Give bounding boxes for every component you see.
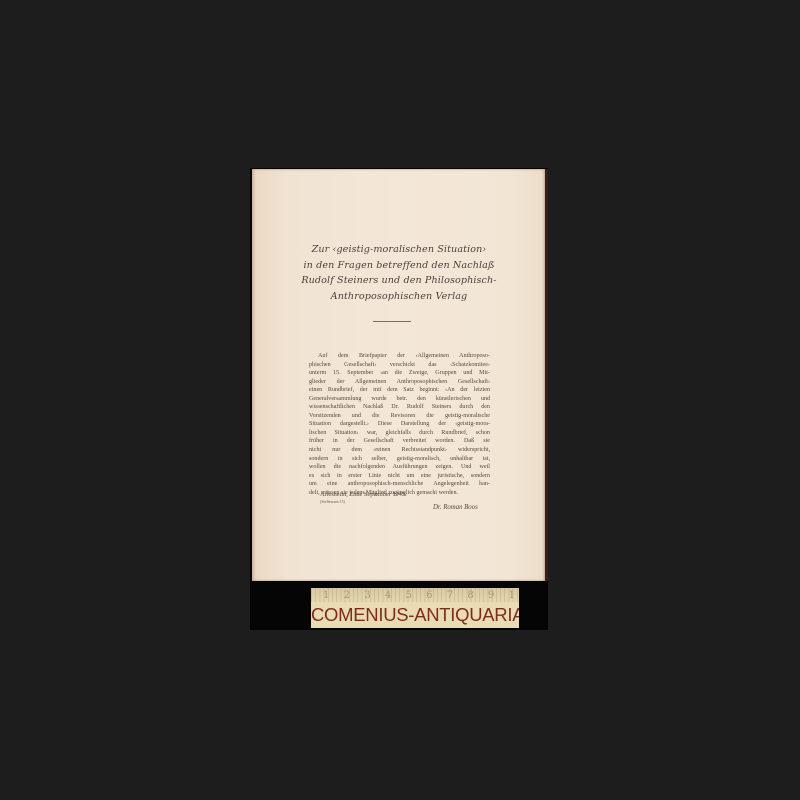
ruler-number: 8 xyxy=(467,589,473,602)
page-edge-shadow xyxy=(545,169,548,581)
body-paragraph: Auf dem Briefpapier der ‹Allgemeinen Ant… xyxy=(309,352,490,497)
ruler-number: 4 xyxy=(385,589,391,602)
ruler-number: 1 xyxy=(323,589,329,602)
body-line: es sich in erster Linie nicht um eine ju… xyxy=(309,472,490,481)
photo-stage: Zur ‹geistig-moralischen Situation› in d… xyxy=(0,0,800,800)
print-note: (Stellenrain 15) xyxy=(320,499,345,504)
antiquariat-label: COMENIUS-ANTIQUARIAT xyxy=(311,603,519,627)
body-line: Situation dargestellt.› Diese Darstellun… xyxy=(309,420,490,429)
title-line: Zur ‹geistig-moralischen Situation› xyxy=(252,242,546,258)
ruler-number: 6 xyxy=(426,589,432,602)
body-line: sondern in sich selber, geistig-moralisc… xyxy=(309,455,490,464)
body-line: Vorsitzenden und die Revisoren die geist… xyxy=(309,412,490,421)
body-line: nicht nur dem ‹reinen Rechtsstandpunkt› … xyxy=(309,446,490,455)
body-line: unterm 15. September ‹an die Zweige, Gru… xyxy=(309,369,490,378)
ruler-number: 7 xyxy=(447,589,453,602)
ruler-number: 2 xyxy=(344,589,350,602)
body-line: Auf dem Briefpapier der ‹Allgemeinen Ant… xyxy=(309,352,490,361)
body-line: früher in der Gesellschaft verbreitet wo… xyxy=(309,437,490,446)
title-line: Anthroposophischen Verlag xyxy=(252,289,546,305)
body-line: phischen Gesellschaft› verschickt das ‹S… xyxy=(309,361,490,370)
body-line: um eine anthroposophisch-menschliche Ang… xyxy=(309,480,490,489)
document-page: Zur ‹geistig-moralischen Situation› in d… xyxy=(252,169,546,581)
body-line: Generalversammlung wurde betr. den künst… xyxy=(309,395,490,404)
body-line: glieder der Allgemeinen Anthroposophisch… xyxy=(309,378,490,387)
body-line: einen Rundbrief, der mit dem Satz beginn… xyxy=(309,386,490,395)
body-line: wissenschaftlichen Nachlaß Dr. Rudolf St… xyxy=(309,403,490,412)
title-line: in den Fragen betreffend den Nachlaß xyxy=(252,258,546,274)
ruler-number: 1 xyxy=(509,589,515,602)
title-divider xyxy=(373,321,411,322)
place-date: Arlesheim, Ende September 1945. xyxy=(320,491,407,498)
author-signature: Dr. Roman Boos xyxy=(433,504,478,511)
body-line: wollen die nachfolgenden Ausführungen ze… xyxy=(309,463,490,472)
ruler-number: 3 xyxy=(364,589,370,602)
ruler-number: 9 xyxy=(488,589,494,602)
ruler-numbers: 1 2 3 4 5 6 7 8 9 1 xyxy=(311,589,519,602)
ruler-number: 5 xyxy=(406,589,412,602)
title-line: Rudolf Steiners und den Philosophisch- xyxy=(252,273,546,289)
document-title: Zur ‹geistig-moralischen Situation› in d… xyxy=(252,242,546,304)
scale-ruler: 1 2 3 4 5 6 7 8 9 1 COMENIUS-ANTIQUARIAT xyxy=(311,588,519,628)
body-line: lischen Situation› war, gleichfalls durc… xyxy=(309,429,490,438)
